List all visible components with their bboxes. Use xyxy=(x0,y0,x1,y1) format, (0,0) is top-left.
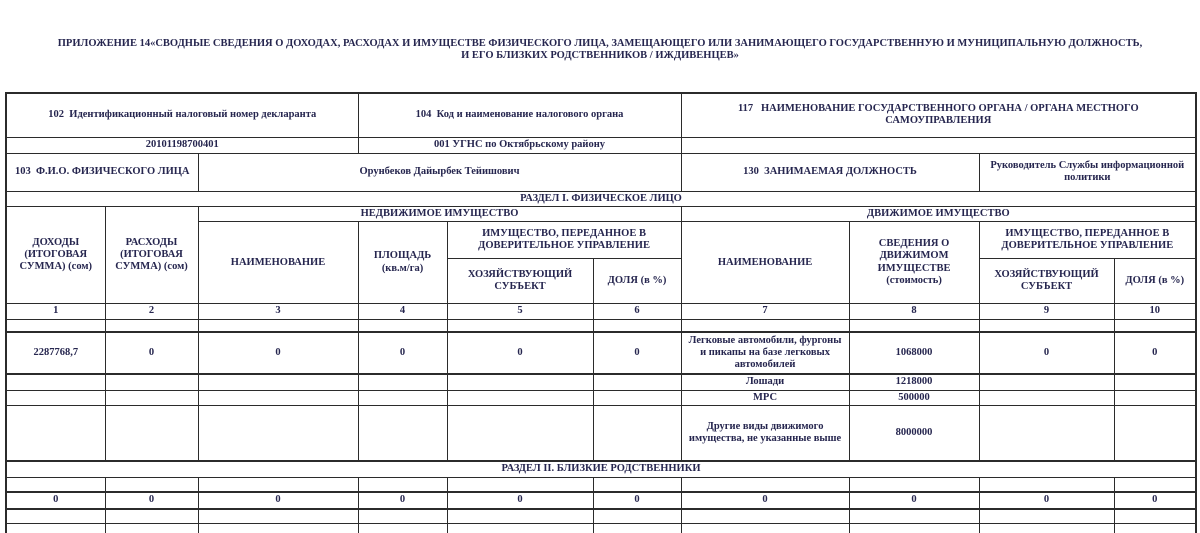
empty-cell xyxy=(6,319,105,332)
empty-cell xyxy=(6,509,105,524)
col-number-8: 8 xyxy=(849,304,979,319)
header-immovable-trust-group: ИМУЩЕСТВО, ПЕРЕДАННОЕ В ДОВЕРИТЕЛЬНОЕ УП… xyxy=(447,222,681,259)
immovable-entity-value: 0 xyxy=(447,332,593,374)
movable-item-name: МРС xyxy=(681,390,849,405)
section1-title: РАЗДЕЛ I. ФИЗИЧЕСКОЕ ЛИЦО xyxy=(6,191,1196,206)
col-number-4: 4 xyxy=(358,304,447,319)
field-104-label: 104 Код и наименование налогового органа xyxy=(358,93,681,137)
empty-cell xyxy=(198,509,358,524)
col-number-9: 9 xyxy=(979,304,1114,319)
empty-cell xyxy=(358,524,447,533)
empty-cell xyxy=(1114,524,1196,533)
movable-entity-value: 0 xyxy=(979,332,1114,374)
empty-cell xyxy=(979,509,1114,524)
table-row xyxy=(6,524,1196,533)
empty-cell xyxy=(1114,374,1196,390)
empty-cell xyxy=(681,509,849,524)
empty-cell xyxy=(6,477,105,492)
col-number-1: 1 xyxy=(6,304,105,319)
page: { "title": { "line1": "ПРИЛОЖЕНИЕ 14«СВО… xyxy=(0,0,1200,533)
movable-item-value: 8000000 xyxy=(849,405,979,461)
empty-cell xyxy=(447,524,593,533)
field-104-value: 001 УГНС по Октябрьскому району xyxy=(358,137,681,153)
movable-item-value: 1068000 xyxy=(849,332,979,374)
col-number-7: 7 xyxy=(681,304,849,319)
income-total-value: 2287768,7 xyxy=(6,332,105,374)
relative-movable-entity: 0 xyxy=(979,492,1114,508)
table-row: 20101198700401 001 УГНС по Октябрьскому … xyxy=(6,137,1196,153)
declaration-table: 102 Идентификационный налоговый номер де… xyxy=(5,92,1197,533)
empty-cell xyxy=(105,509,198,524)
table-row xyxy=(6,319,1196,332)
immovable-share-value: 0 xyxy=(593,332,681,374)
empty-cell xyxy=(447,319,593,332)
empty-cell xyxy=(358,509,447,524)
relative-immovable-area: 0 xyxy=(358,492,447,508)
empty-cell xyxy=(1114,390,1196,405)
empty-cell xyxy=(849,477,979,492)
empty-cell xyxy=(358,405,447,461)
empty-cell xyxy=(6,390,105,405)
empty-cell xyxy=(593,477,681,492)
empty-cell xyxy=(1114,319,1196,332)
empty-cell xyxy=(6,405,105,461)
empty-cell xyxy=(198,390,358,405)
table-row: ДОХОДЫ (ИТОГОВАЯ СУММА) (сом) РАСХОДЫ (И… xyxy=(6,206,1196,221)
col-number-5: 5 xyxy=(447,304,593,319)
col-number-3: 3 xyxy=(198,304,358,319)
table-row xyxy=(6,477,1196,492)
header-movable-group: ДВИЖИМОЕ ИМУЩЕСТВО xyxy=(681,206,1196,221)
field-103-value: Орунбеков Дайырбек Тейишович xyxy=(198,153,681,191)
empty-cell xyxy=(1114,477,1196,492)
movable-item-value: 1218000 xyxy=(849,374,979,390)
empty-cell xyxy=(447,390,593,405)
header-movable-entity: ХОЗЯЙСТВУЮЩИЙ СУБЪЕКТ xyxy=(979,259,1114,304)
empty-cell xyxy=(681,319,849,332)
empty-cell xyxy=(979,319,1114,332)
field-102-value: 20101198700401 xyxy=(6,137,358,153)
empty-cell xyxy=(447,374,593,390)
empty-cell xyxy=(593,524,681,533)
header-movable-share: ДОЛЯ (в %) xyxy=(1114,259,1196,304)
col-number-10: 10 xyxy=(1114,304,1196,319)
header-immovable-entity: ХОЗЯЙСТВУЮЩИЙ СУБЪЕКТ xyxy=(447,259,593,304)
empty-cell xyxy=(1114,509,1196,524)
empty-cell xyxy=(105,477,198,492)
relative-immovable-name: 0 xyxy=(198,492,358,508)
empty-cell xyxy=(105,405,198,461)
empty-cell xyxy=(358,390,447,405)
field-130-label: 130 ЗАНИМАЕМАЯ ДОЛЖНОСТЬ xyxy=(681,153,979,191)
empty-cell xyxy=(6,374,105,390)
table-row: 103 Ф.И.О. ФИЗИЧЕСКОГО ЛИЦА Орунбеков Да… xyxy=(6,153,1196,191)
empty-cell xyxy=(198,477,358,492)
header-movable-trust-group: ИМУЩЕСТВО, ПЕРЕДАННОЕ В ДОВЕРИТЕЛЬНОЕ УП… xyxy=(979,222,1196,259)
expense-total-value: 0 xyxy=(105,332,198,374)
empty-cell xyxy=(447,477,593,492)
empty-cell xyxy=(979,374,1114,390)
table-row xyxy=(6,509,1196,524)
empty-cell xyxy=(447,509,593,524)
empty-cell xyxy=(198,405,358,461)
table-row: Другие виды движимого имущества, не указ… xyxy=(6,405,1196,461)
empty-cell xyxy=(358,477,447,492)
header-movable-name: НАИМЕНОВАНИЕ xyxy=(681,222,849,304)
table-row: 1 2 3 4 5 6 7 8 9 10 xyxy=(6,304,1196,319)
empty-cell xyxy=(358,374,447,390)
empty-cell xyxy=(979,524,1114,533)
empty-cell xyxy=(593,319,681,332)
relative-movable-value: 0 xyxy=(849,492,979,508)
immovable-name-value: 0 xyxy=(198,332,358,374)
table-row: РАЗДЕЛ I. ФИЗИЧЕСКОЕ ЛИЦО xyxy=(6,191,1196,206)
empty-cell xyxy=(849,319,979,332)
empty-cell xyxy=(681,477,849,492)
empty-cell xyxy=(593,374,681,390)
header-area: ПЛОЩАДЬ (кв.м/га) xyxy=(358,222,447,304)
header-expenses: РАСХОДЫ (ИТОГОВАЯ СУММА) (сом) xyxy=(105,206,198,303)
relative-immovable-share: 0 xyxy=(593,492,681,508)
header-movable-value-info: СВЕДЕНИЯ О ДВИЖИМОМ ИМУЩЕСТВЕ (стоимость… xyxy=(849,222,979,304)
table-row: МРС 500000 xyxy=(6,390,1196,405)
empty-cell xyxy=(358,319,447,332)
table-row: РАЗДЕЛ II. БЛИЗКИЕ РОДСТВЕННИКИ xyxy=(6,461,1196,477)
table-row: 102 Идентификационный налоговый номер де… xyxy=(6,93,1196,137)
movable-item-value: 500000 xyxy=(849,390,979,405)
empty-cell xyxy=(198,524,358,533)
empty-cell xyxy=(849,524,979,533)
empty-cell xyxy=(979,405,1114,461)
empty-cell xyxy=(979,390,1114,405)
empty-cell xyxy=(198,319,358,332)
empty-cell xyxy=(198,374,358,390)
empty-cell xyxy=(593,405,681,461)
movable-item-name: Другие виды движимого имущества, не указ… xyxy=(681,405,849,461)
field-103-label: 103 Ф.И.О. ФИЗИЧЕСКОГО ЛИЦА xyxy=(6,153,198,191)
document-title-line2: И ЕГО БЛИЗКИХ РОДСТВЕННИКОВ / ИЖДИВЕНЦЕВ… xyxy=(0,50,1200,62)
relative-immovable-entity: 0 xyxy=(447,492,593,508)
col-number-6: 6 xyxy=(593,304,681,319)
table-row: 2287768,7 0 0 0 0 0 Легковые автомобили,… xyxy=(6,332,1196,374)
relative-movable-share: 0 xyxy=(1114,492,1196,508)
document-title: ПРИЛОЖЕНИЕ 14«СВОДНЫЕ СВЕДЕНИЯ О ДОХОДАХ… xyxy=(0,38,1200,62)
section2-title: РАЗДЕЛ II. БЛИЗКИЕ РОДСТВЕННИКИ xyxy=(6,461,1196,477)
field-117-value xyxy=(681,137,1196,153)
empty-cell xyxy=(105,319,198,332)
empty-cell xyxy=(681,524,849,533)
field-102-label: 102 Идентификационный налоговый номер де… xyxy=(6,93,358,137)
header-immovable-group: НЕДВИЖИМОЕ ИМУЩЕСТВО xyxy=(198,206,681,221)
empty-cell xyxy=(849,509,979,524)
table-row: 0 0 0 0 0 0 0 0 0 0 xyxy=(6,492,1196,508)
empty-cell xyxy=(105,524,198,533)
document-title-line1: ПРИЛОЖЕНИЕ 14«СВОДНЫЕ СВЕДЕНИЯ О ДОХОДАХ… xyxy=(0,38,1200,50)
relative-movable-name: 0 xyxy=(681,492,849,508)
field-130-value: Руководитель Службы информационной полит… xyxy=(979,153,1196,191)
empty-cell xyxy=(105,374,198,390)
header-immovable-name: НАИМЕНОВАНИЕ xyxy=(198,222,358,304)
empty-cell xyxy=(1114,405,1196,461)
movable-share-value: 0 xyxy=(1114,332,1196,374)
empty-cell xyxy=(593,390,681,405)
empty-cell xyxy=(447,405,593,461)
header-incomes: ДОХОДЫ (ИТОГОВАЯ СУММА) (сом) xyxy=(6,206,105,303)
relative-income-value: 0 xyxy=(6,492,105,508)
empty-cell xyxy=(105,390,198,405)
field-117-label: 117 НАИМЕНОВАНИЕ ГОСУДАРСТВЕННОГО ОРГАНА… xyxy=(681,93,1196,137)
movable-item-name: Лошади xyxy=(681,374,849,390)
immovable-area-value: 0 xyxy=(358,332,447,374)
header-immovable-share: ДОЛЯ (в %) xyxy=(593,259,681,304)
col-number-2: 2 xyxy=(105,304,198,319)
relative-expense-value: 0 xyxy=(105,492,198,508)
empty-cell xyxy=(979,477,1114,492)
empty-cell xyxy=(6,524,105,533)
table-row: Лошади 1218000 xyxy=(6,374,1196,390)
empty-cell xyxy=(593,509,681,524)
movable-item-name: Легковые автомобили, фургоны и пикапы на… xyxy=(681,332,849,374)
